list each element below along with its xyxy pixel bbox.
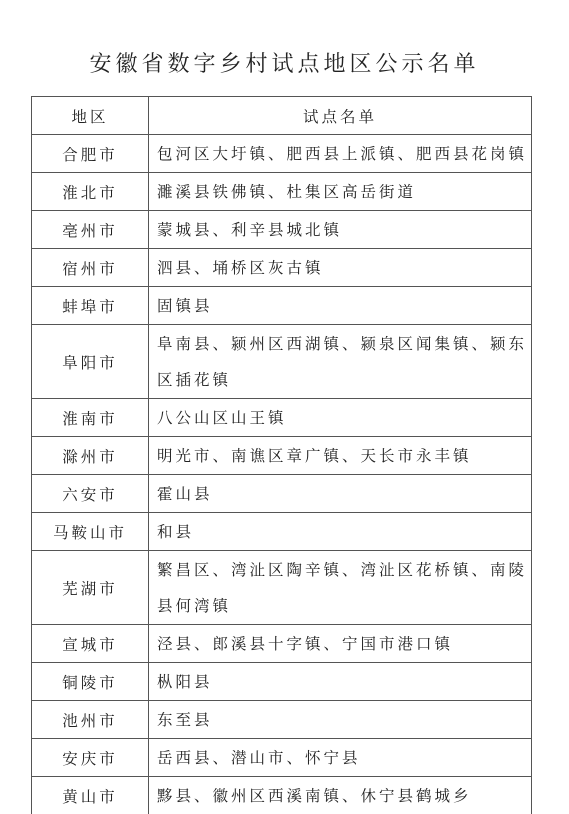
pilot-list-cell: 八公山区山王镇 bbox=[149, 399, 532, 437]
table-row: 淮北市 濉溪县铁佛镇、杜集区高岳街道 bbox=[32, 173, 532, 211]
document-title: 安徽省数字乡村试点地区公示名单 bbox=[0, 47, 569, 78]
header-pilot-list: 试点名单 bbox=[149, 97, 532, 135]
table-row: 滁州市 明光市、南谯区章广镇、天长市永丰镇 bbox=[32, 437, 532, 475]
pilot-list-cell: 泾县、郎溪县十字镇、宁国市港口镇 bbox=[149, 625, 532, 663]
pilot-list-cell: 和县 bbox=[149, 513, 532, 551]
table-header-row: 地区 试点名单 bbox=[32, 97, 532, 135]
pilot-list-cell: 固镇县 bbox=[149, 287, 532, 325]
table-row: 亳州市 蒙城县、利辛县城北镇 bbox=[32, 211, 532, 249]
region-cell: 淮北市 bbox=[32, 173, 149, 211]
pilot-list-cell: 岳西县、潜山市、怀宁县 bbox=[149, 739, 532, 777]
region-cell: 滁州市 bbox=[32, 437, 149, 475]
region-cell: 马鞍山市 bbox=[32, 513, 149, 551]
table-row: 六安市 霍山县 bbox=[32, 475, 532, 513]
table-row: 铜陵市 枞阳县 bbox=[32, 663, 532, 701]
table-row: 宣城市 泾县、郎溪县十字镇、宁国市港口镇 bbox=[32, 625, 532, 663]
region-cell: 宣城市 bbox=[32, 625, 149, 663]
table-row: 芜湖市 繁昌区、湾沚区陶辛镇、湾沚区花桥镇、南陵县何湾镇 bbox=[32, 551, 532, 625]
region-cell: 铜陵市 bbox=[32, 663, 149, 701]
pilot-list-cell: 明光市、南谯区章广镇、天长市永丰镇 bbox=[149, 437, 532, 475]
table-row: 阜阳市 阜南县、颍州区西湖镇、颍泉区闻集镇、颍东区插花镇 bbox=[32, 325, 532, 399]
region-cell: 亳州市 bbox=[32, 211, 149, 249]
table-row: 蚌埠市 固镇县 bbox=[32, 287, 532, 325]
region-cell: 芜湖市 bbox=[32, 551, 149, 625]
pilot-list-cell: 繁昌区、湾沚区陶辛镇、湾沚区花桥镇、南陵县何湾镇 bbox=[149, 551, 532, 625]
pilot-list-cell: 蒙城县、利辛县城北镇 bbox=[149, 211, 532, 249]
table-row: 安庆市 岳西县、潜山市、怀宁县 bbox=[32, 739, 532, 777]
header-region: 地区 bbox=[32, 97, 149, 135]
table-row: 黄山市 黟县、徽州区西溪南镇、休宁县鹤城乡 bbox=[32, 777, 532, 814]
table-row: 池州市 东至县 bbox=[32, 701, 532, 739]
region-cell: 宿州市 bbox=[32, 249, 149, 287]
region-cell: 淮南市 bbox=[32, 399, 149, 437]
table-row: 马鞍山市 和县 bbox=[32, 513, 532, 551]
region-cell: 阜阳市 bbox=[32, 325, 149, 399]
region-cell: 六安市 bbox=[32, 475, 149, 513]
table-row: 宿州市 泗县、埇桥区灰古镇 bbox=[32, 249, 532, 287]
region-cell: 黄山市 bbox=[32, 777, 149, 814]
pilot-list-cell: 包河区大圩镇、肥西县上派镇、肥西县花岗镇 bbox=[149, 135, 532, 173]
pilot-list-cell: 霍山县 bbox=[149, 475, 532, 513]
region-cell: 蚌埠市 bbox=[32, 287, 149, 325]
pilot-list-cell: 阜南县、颍州区西湖镇、颍泉区闻集镇、颍东区插花镇 bbox=[149, 325, 532, 399]
pilot-list-cell: 泗县、埇桥区灰古镇 bbox=[149, 249, 532, 287]
region-cell: 安庆市 bbox=[32, 739, 149, 777]
pilot-list-cell: 东至县 bbox=[149, 701, 532, 739]
region-cell: 池州市 bbox=[32, 701, 149, 739]
pilot-list-cell: 枞阳县 bbox=[149, 663, 532, 701]
region-cell: 合肥市 bbox=[32, 135, 149, 173]
pilot-list-cell: 濉溪县铁佛镇、杜集区高岳街道 bbox=[149, 173, 532, 211]
table-row: 合肥市 包河区大圩镇、肥西县上派镇、肥西县花岗镇 bbox=[32, 135, 532, 173]
table-row: 淮南市 八公山区山王镇 bbox=[32, 399, 532, 437]
pilot-list-cell: 黟县、徽州区西溪南镇、休宁县鹤城乡 bbox=[149, 777, 532, 814]
pilot-list-table: 地区 试点名单 合肥市 包河区大圩镇、肥西县上派镇、肥西县花岗镇 淮北市 濉溪县… bbox=[31, 96, 532, 814]
